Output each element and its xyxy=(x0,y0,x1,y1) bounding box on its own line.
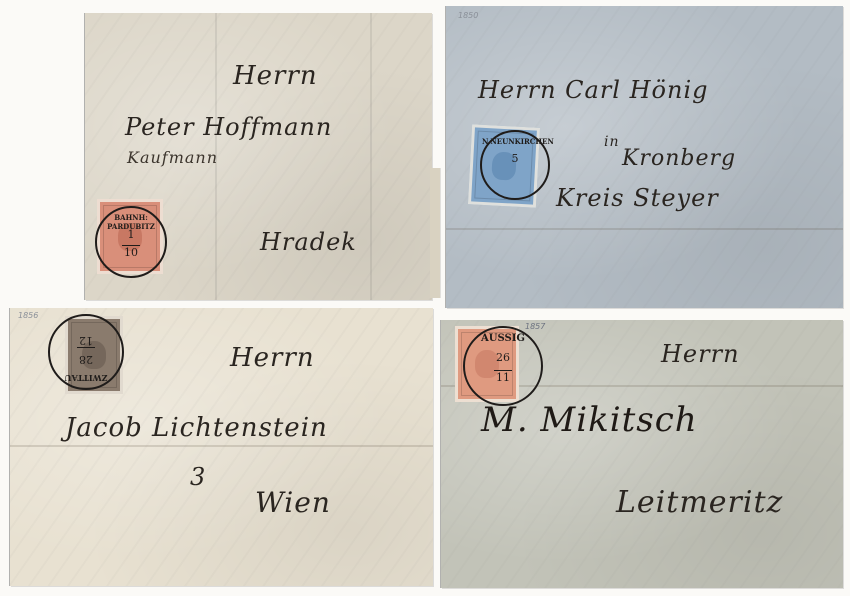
address-line-name: Jacob Lichtenstein xyxy=(65,413,328,443)
address-line-name: Herrn Carl Hönig xyxy=(478,76,709,104)
address-line-district: Kreis Steyer xyxy=(556,184,719,212)
postmark-town: N.NEUNKIRCHEN xyxy=(482,137,548,146)
pencil-year-note: 1856 xyxy=(18,311,38,320)
postmark: ZWITTAU 28 12 xyxy=(48,314,124,390)
address-line-salutation: Herrn xyxy=(233,61,318,91)
pencil-year-note: 1850 xyxy=(458,11,478,20)
postmark-day: 1 xyxy=(97,228,165,241)
fold-line xyxy=(446,228,843,230)
postmark: N.NEUNKIRCHEN 5 xyxy=(480,130,550,200)
postmark-month: 10 xyxy=(122,245,140,259)
address-line-district: 3 xyxy=(190,463,206,491)
address-line-city: Leitmeritz xyxy=(616,485,783,520)
address-line-city: Wien xyxy=(255,486,331,519)
postmark-month: 12 xyxy=(77,334,95,348)
address-line-preposition: in xyxy=(604,134,620,150)
address-line-name: Peter Hoffmann xyxy=(125,113,332,141)
address-line-city: Hradek xyxy=(260,228,357,256)
address-line-town: Kronberg xyxy=(622,146,736,171)
postmark: BAHNH: PARDUBITZ 1 10 xyxy=(95,206,167,278)
cover-bottom-left: 1856 Herrn Jacob Lichtenstein 3 Wien ZWI… xyxy=(10,308,433,586)
postmark-day: 5 xyxy=(482,152,548,165)
fold-line xyxy=(370,13,372,300)
address-line-salutation: Herrn xyxy=(661,340,740,368)
address-line-title: Kaufmann xyxy=(127,148,218,167)
cover-flap xyxy=(430,168,440,298)
cover-top-right: 1850 Herrn Carl Hönig in Kronberg Kreis … xyxy=(446,6,843,308)
postmark-town: AUSSIG xyxy=(465,333,541,344)
postmark-month: 11 xyxy=(494,370,512,384)
fold-line xyxy=(10,445,433,447)
postmark: AUSSIG 26 11 xyxy=(463,326,543,406)
pencil-year-note: 1857 xyxy=(525,322,545,331)
cover-top-left: Herrn Peter Hoffmann Kaufmann Hradek BAH… xyxy=(85,13,432,300)
postmark-town: ZWITTAU xyxy=(50,373,122,383)
address-line-salutation: Herrn xyxy=(230,343,315,373)
cover-bottom-right: 1857 Herrn M. Mikitsch Leitmeritz AUSSIG… xyxy=(441,320,843,588)
address-line-name: M. Mikitsch xyxy=(481,400,698,440)
postmark-day: 26 xyxy=(465,351,541,364)
postmark-day: 28 xyxy=(50,353,122,366)
